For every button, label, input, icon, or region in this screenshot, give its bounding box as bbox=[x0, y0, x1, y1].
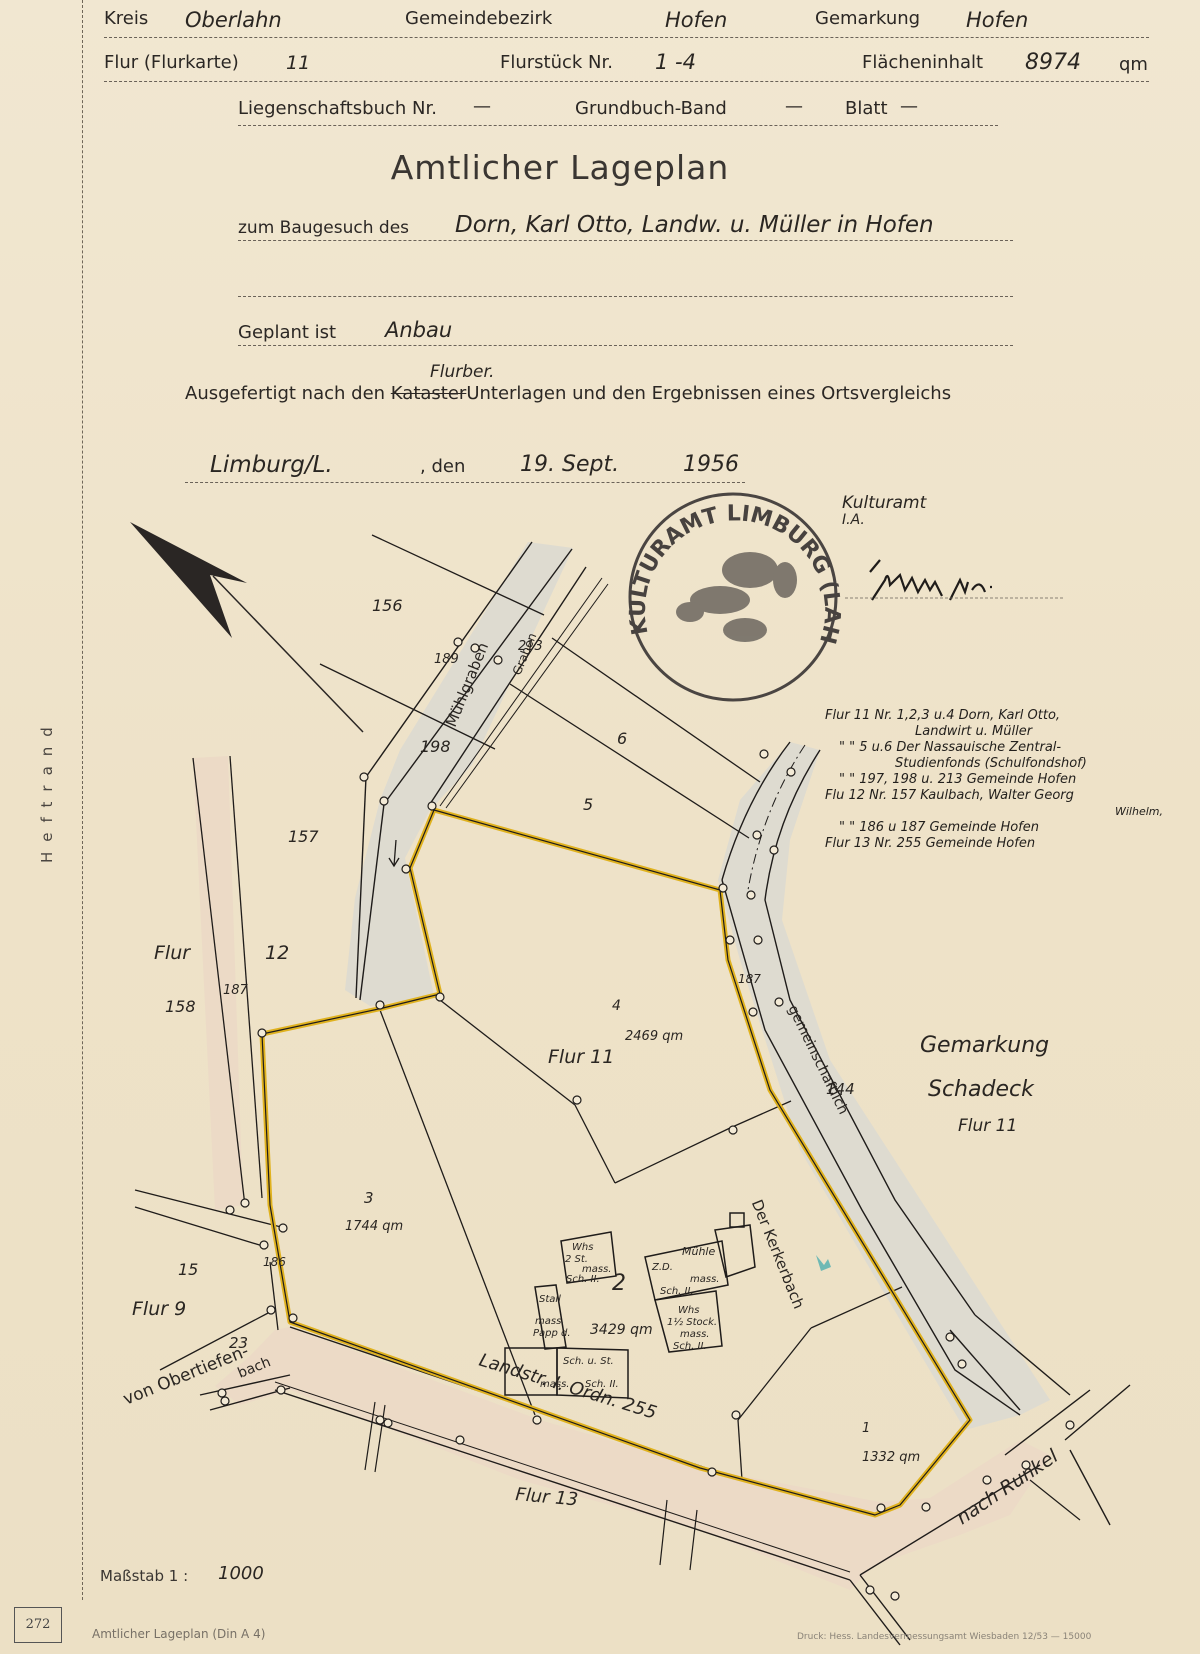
form-number-box: 272 bbox=[14, 1607, 62, 1643]
parcel-6: 6 bbox=[617, 729, 627, 748]
signature-scribble bbox=[845, 560, 1065, 600]
label-flur-11: Flur 11 bbox=[548, 1046, 614, 1068]
building-labels: Whs 2 St. mass. Sch. II. Stall mass. Pap… bbox=[533, 1242, 719, 1390]
label-flur-9: Flur 9 bbox=[132, 1298, 186, 1320]
owners-note-line: Flur 11 Nr. 1,2,3 u.4 Dorn, Karl Otto, bbox=[825, 708, 1185, 724]
label-flur-13: Flur 13 bbox=[515, 1484, 579, 1510]
owners-note-line: " " 197, 198 u. 213 Gemeinde Hofen bbox=[825, 772, 1185, 788]
building-small-square bbox=[730, 1213, 744, 1227]
label-schadeck: Schadeck bbox=[928, 1077, 1035, 1102]
parcel-186: 186 bbox=[263, 1255, 286, 1269]
parcel-15: 15 bbox=[178, 1260, 198, 1279]
label-flur-12-number: 12 bbox=[265, 942, 289, 964]
printer-note: Druck: Hess. Landesvermessungsamt Wiesba… bbox=[797, 1632, 1091, 1642]
massstab-label: Maßstab 1 : bbox=[100, 1567, 188, 1585]
svg-text:Z.D.: Z.D. bbox=[651, 1262, 673, 1273]
label-schadeck-flur: Flur 11 bbox=[958, 1116, 1017, 1136]
building-muehle-annex bbox=[715, 1225, 755, 1277]
stray-mark bbox=[816, 1255, 831, 1271]
svg-text:1½ Stock.: 1½ Stock. bbox=[667, 1316, 717, 1328]
parcel-187-east: 187 bbox=[738, 972, 761, 986]
parcel-158: 158 bbox=[165, 997, 196, 1016]
svg-text:Sch. II.: Sch. II. bbox=[660, 1286, 694, 1297]
svg-text:mass.: mass. bbox=[540, 1379, 569, 1390]
parcel-3: 3 bbox=[364, 1189, 374, 1207]
owners-note-line: Flur 13 Nr. 255 Gemeinde Hofen bbox=[825, 836, 1185, 852]
parcel-2-area: 3429 qm bbox=[590, 1322, 653, 1338]
official-stamp: KULTURAMT LIMBURG (LAHN) bbox=[0, 0, 844, 700]
owners-note-line: Wilhelm, bbox=[825, 804, 1185, 820]
svg-text:Sch. II.: Sch. II. bbox=[585, 1379, 619, 1390]
owners-note-line: " " 186 u 187 Gemeinde Hofen bbox=[825, 820, 1185, 836]
svg-text:Papp d.: Papp d. bbox=[533, 1328, 571, 1339]
owners-note-line: Landwirt u. Müller bbox=[825, 724, 1185, 740]
massstab-value: 1000 bbox=[218, 1563, 264, 1584]
owners-note-line: Flu 12 Nr. 157 Kaulbach, Walter Georg bbox=[825, 788, 1185, 804]
parcel-1: 1 bbox=[862, 1421, 870, 1436]
stamp-text: KULTURAMT LIMBURG (LAHN) bbox=[0, 0, 844, 646]
owners-note: Flur 11 Nr. 1,2,3 u.4 Dorn, Karl Otto, L… bbox=[825, 708, 1185, 852]
svg-text:mass.: mass. bbox=[690, 1274, 719, 1285]
svg-text:KULTURAMT LIMBURG (LAHN): KULTURAMT LIMBURG (LAHN) bbox=[0, 0, 844, 646]
svg-text:Whs: Whs bbox=[678, 1305, 699, 1316]
parcel-3-area: 1744 qm bbox=[345, 1219, 403, 1234]
svg-text:Whs: Whs bbox=[572, 1242, 593, 1253]
parcel-157: 157 bbox=[288, 827, 319, 846]
parcel-1-area: 1332 qm bbox=[862, 1450, 920, 1465]
parcel-lines bbox=[320, 535, 902, 1480]
svg-text:mass.: mass. bbox=[535, 1316, 564, 1327]
owners-note-line: " " 5 u.6 Der Nassauische Zentral- bbox=[825, 740, 1185, 756]
parcel-4-area: 2469 qm bbox=[625, 1029, 683, 1044]
svg-text:Sch. II.: Sch. II. bbox=[673, 1341, 707, 1352]
svg-text:Stall: Stall bbox=[539, 1294, 561, 1305]
parcel-5: 5 bbox=[583, 795, 593, 814]
owners-note-line: Studienfonds (Schulfondshof) bbox=[825, 756, 1185, 772]
label-flur-12-word: Flur bbox=[154, 942, 191, 964]
svg-text:Sch. u. St.: Sch. u. St. bbox=[563, 1356, 614, 1367]
parcel-187-west: 187 bbox=[223, 983, 249, 998]
form-name: Amtlicher Lageplan (Din A 4) bbox=[92, 1627, 265, 1641]
svg-text:Mühle: Mühle bbox=[682, 1245, 715, 1258]
parcel-156: 156 bbox=[372, 596, 403, 615]
parcel-2: 2 bbox=[612, 1271, 626, 1296]
label-kerkerbach: Der Kerkerbach bbox=[748, 1197, 808, 1311]
parcel-4: 4 bbox=[612, 998, 621, 1014]
parcel-189: 189 bbox=[434, 652, 459, 667]
parcel-198: 198 bbox=[420, 737, 451, 756]
north-arrow-icon bbox=[130, 522, 363, 732]
label-gemarkung: Gemarkung bbox=[920, 1033, 1049, 1058]
svg-text:mass.: mass. bbox=[680, 1329, 709, 1340]
svg-text:Sch. II.: Sch. II. bbox=[566, 1274, 600, 1285]
